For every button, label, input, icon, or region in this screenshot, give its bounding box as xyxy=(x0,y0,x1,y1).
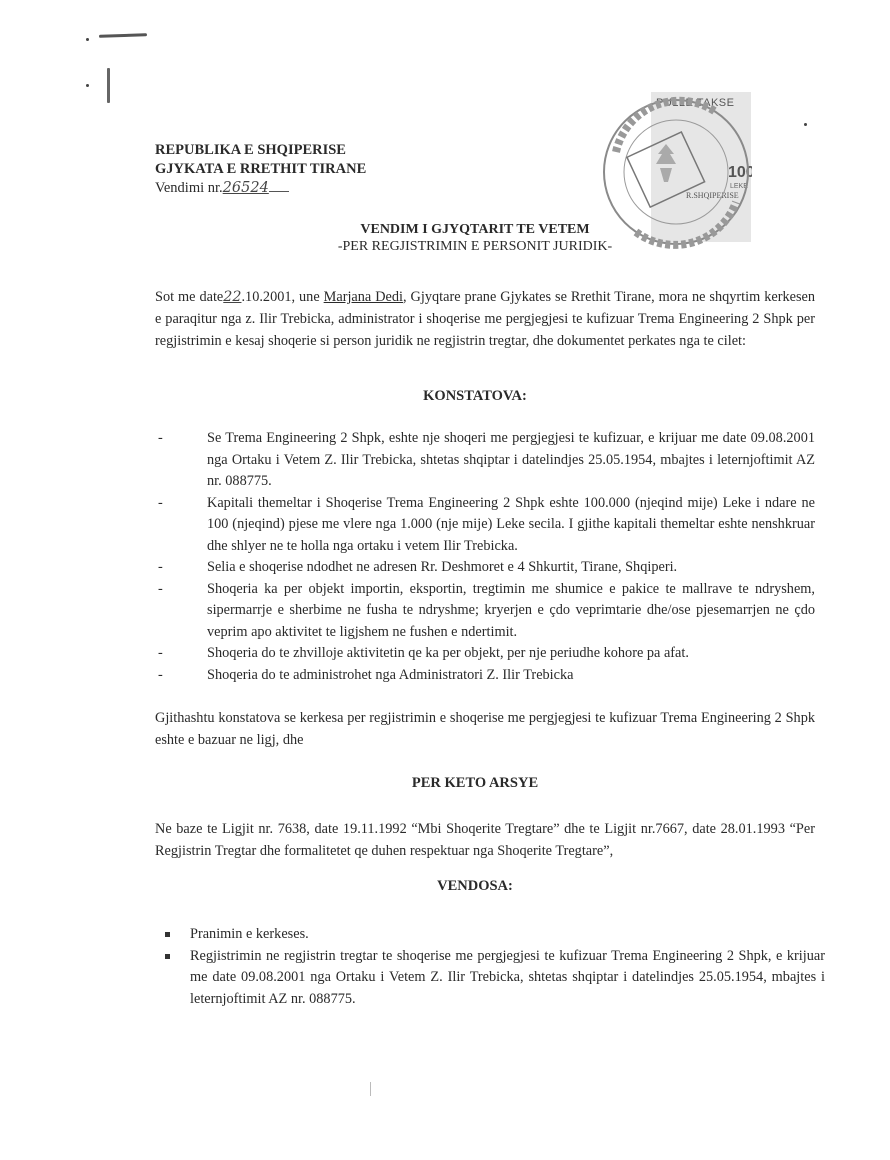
scan-speck xyxy=(86,38,89,41)
list-item: -Shoqeria do te zhvilloje aktivitetin qe… xyxy=(155,643,815,665)
list-item: -Selia e shoqerise ndodhet ne adresen Rr… xyxy=(155,557,815,579)
konstatova-heading: KONSTATOVA: xyxy=(0,388,890,405)
list-item: -Shoqeria ka per objekt importin, ekspor… xyxy=(155,579,815,644)
court-header: REPUBLIKA E SHQIPERISE GJYKATA E RRETHIT… xyxy=(155,141,366,198)
republic-name: REPUBLIKA E SHQIPERISE xyxy=(155,141,366,160)
list-item: -Shoqeria do te administrohet nga Admini… xyxy=(155,665,815,687)
tax-country: R.SHQIPERISE xyxy=(686,191,739,200)
staple-mark xyxy=(99,33,147,38)
legal-basis-paragraph: Ne baze te Ligjit nr. 7638, date 19.11.1… xyxy=(155,818,815,862)
scan-speck xyxy=(804,123,807,126)
decisions-list: Pranimin e kerkeses. Regjistrimin ne reg… xyxy=(165,924,825,1010)
decision-label: Vendimi nr. xyxy=(155,180,223,196)
legality-paragraph: Gjithashtu konstatova se kerkesa per reg… xyxy=(155,707,815,751)
judge-name: Marjana Dedi xyxy=(324,289,403,305)
intro-paragraph: Sot me date22.10.2001, une Marjana Dedi,… xyxy=(155,286,815,352)
document-title: VENDIM I GJYQTARIT TE VETEM -PER REGJIST… xyxy=(0,222,890,255)
reasons-heading: PER KETO ARSYE xyxy=(0,775,890,792)
staple-mark xyxy=(107,68,110,103)
title-sub: -PER REGJISTRIMIN E PERSONIT JURIDIK- xyxy=(0,239,890,255)
title-main: VENDIM I GJYQTARIT TE VETEM xyxy=(0,222,890,238)
decision-number-line: Vendimi nr.26524 xyxy=(155,179,366,198)
list-item: Regjistrimin ne regjistrin tregtar te sh… xyxy=(165,946,825,1011)
findings-list: -Se Trema Engineering 2 Shpk, eshte nje … xyxy=(155,428,815,686)
handwritten-day: 22 xyxy=(223,289,241,305)
vendosa-heading: VENDOSA: xyxy=(0,878,890,895)
scan-mark xyxy=(370,1082,371,1096)
list-item: Pranimin e kerkeses. xyxy=(165,924,825,946)
scan-speck xyxy=(86,84,89,87)
decision-number: 26524 xyxy=(223,180,269,196)
list-item: -Se Trema Engineering 2 Shpk, eshte nje … xyxy=(155,428,815,493)
court-name: GJYKATA E RRETHIT TIRANE xyxy=(155,160,366,179)
list-item: -Kapitali themeltar i Shoqerise Trema En… xyxy=(155,493,815,558)
